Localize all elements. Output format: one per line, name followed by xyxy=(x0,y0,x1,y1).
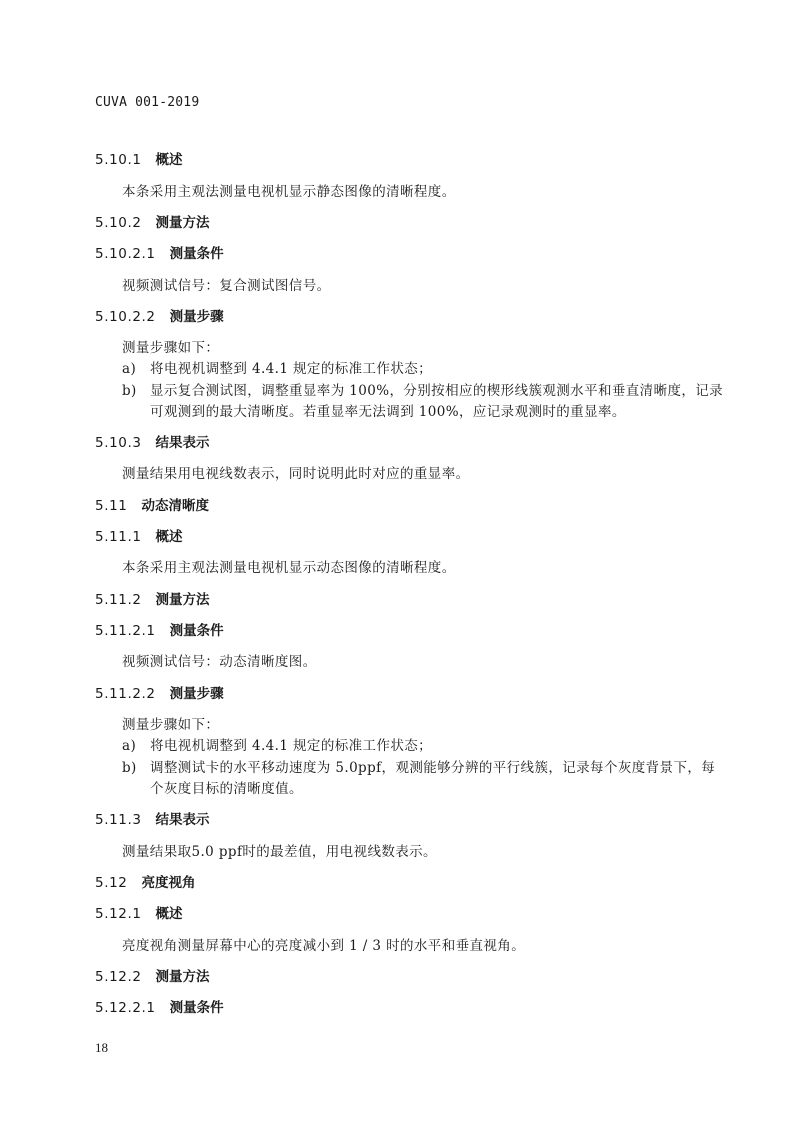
section-title: 测量条件 xyxy=(170,1000,224,1016)
section-number: 5.11 xyxy=(95,498,127,514)
section-title: 亮度视角 xyxy=(141,875,195,891)
list-marker: b) xyxy=(122,383,150,399)
list-marker: b) xyxy=(122,760,150,776)
section-number: 5.11.2.1 xyxy=(95,623,156,639)
list-item: a)将电视机调整到 4.4.1 规定的标准工作状态； xyxy=(122,734,432,754)
list-item: a)将电视机调整到 4.4.1 规定的标准工作状态； xyxy=(122,357,432,377)
section-title: 结果表示 xyxy=(156,435,210,451)
section-heading-5-11-3: 5.11.3结果表示 xyxy=(95,808,210,828)
paragraph: 本条采用主观法测量电视机显示静态图像的清晰程度。 xyxy=(122,180,456,200)
section-heading-5-10-2-1: 5.10.2.1测量条件 xyxy=(95,242,224,262)
section-number: 5.10.2.1 xyxy=(95,246,156,262)
paragraph: 测量步骤如下： xyxy=(122,336,219,356)
list-item-continuation: 可观测到的最大清晰度。若重显率无法调到 100%，应记录观测时的重显率。 xyxy=(150,400,626,420)
section-title: 测量步骤 xyxy=(170,309,224,325)
paragraph: 测量结果用电视线数表示，同时说明此时对应的重显率。 xyxy=(122,462,470,482)
section-number: 5.12.1 xyxy=(95,906,142,922)
section-number: 5.10.3 xyxy=(95,435,142,451)
list-item: b)调整测试卡的水平移动速度为 5.0ppf，观测能够分辨的平行线簇，记录每个灰… xyxy=(122,756,715,776)
section-title: 概述 xyxy=(156,529,183,545)
section-number: 5.10.2.2 xyxy=(95,309,156,325)
page-number: 18 xyxy=(95,1040,108,1056)
section-number: 5.10.2 xyxy=(95,215,142,231)
list-marker: a) xyxy=(122,361,150,377)
section-number: 5.11.2.2 xyxy=(95,686,156,702)
section-title: 测量方法 xyxy=(156,969,210,985)
section-heading-5-12: 5.12亮度视角 xyxy=(95,871,195,891)
section-title: 测量步骤 xyxy=(170,686,224,702)
section-number: 5.12 xyxy=(95,875,127,891)
section-title: 测量方法 xyxy=(156,592,210,608)
section-number: 5.12.2.1 xyxy=(95,1000,156,1016)
document-page: CUVA 001-2019 5.10.1概述 本条采用主观法测量电视机显示静态图… xyxy=(0,0,800,1131)
section-heading-5-11-2-1: 5.11.2.1测量条件 xyxy=(95,619,224,639)
list-marker: a) xyxy=(122,738,150,754)
section-heading-5-11-2: 5.11.2测量方法 xyxy=(95,588,210,608)
section-heading-5-12-2-1: 5.12.2.1测量条件 xyxy=(95,996,224,1016)
section-title: 概述 xyxy=(156,152,183,168)
list-item-text: 将电视机调整到 4.4.1 规定的标准工作状态； xyxy=(150,361,432,377)
section-title: 概述 xyxy=(156,906,183,922)
section-heading-5-10-1: 5.10.1概述 xyxy=(95,148,183,168)
section-heading-5-11: 5.11动态清晰度 xyxy=(95,494,209,514)
list-item-continuation: 个灰度目标的清晰度值。 xyxy=(150,777,303,797)
list-item-text: 显示复合测试图，调整重显率为 100%，分别按相应的楔形线簇观测水平和垂直清晰度… xyxy=(150,383,723,399)
section-number: 5.12.2 xyxy=(95,969,142,985)
section-title: 测量条件 xyxy=(170,623,224,639)
section-heading-5-10-2: 5.10.2测量方法 xyxy=(95,211,210,231)
paragraph: 视频测试信号：复合测试图信号。 xyxy=(122,274,331,294)
paragraph: 测量步骤如下： xyxy=(122,713,219,733)
section-heading-5-12-1: 5.12.1概述 xyxy=(95,902,183,922)
section-title: 结果表示 xyxy=(156,812,210,828)
document-id-header: CUVA 001-2019 xyxy=(95,95,199,110)
section-title: 测量方法 xyxy=(156,215,210,231)
list-item: b)显示复合测试图，调整重显率为 100%，分别按相应的楔形线簇观测水平和垂直清… xyxy=(122,379,723,399)
paragraph: 测量结果取5.0 ppf时的最差值，用电视线数表示。 xyxy=(122,840,437,860)
section-number: 5.11.3 xyxy=(95,812,142,828)
section-number: 5.11.2 xyxy=(95,592,142,608)
section-heading-5-10-2-2: 5.10.2.2测量步骤 xyxy=(95,305,224,325)
section-heading-5-11-2-2: 5.11.2.2测量步骤 xyxy=(95,682,224,702)
section-heading-5-11-1: 5.11.1概述 xyxy=(95,525,183,545)
section-heading-5-10-3: 5.10.3结果表示 xyxy=(95,431,210,451)
paragraph: 本条采用主观法测量电视机显示动态图像的清晰程度。 xyxy=(122,556,456,576)
section-number: 5.11.1 xyxy=(95,529,142,545)
list-item-text: 将电视机调整到 4.4.1 规定的标准工作状态； xyxy=(150,738,432,754)
section-title: 动态清晰度 xyxy=(141,498,209,514)
paragraph: 视频测试信号：动态清晰度图。 xyxy=(122,650,317,670)
paragraph: 亮度视角测量屏幕中心的亮度减小到 1 / 3 时的水平和垂直视角。 xyxy=(122,934,525,954)
section-heading-5-12-2: 5.12.2测量方法 xyxy=(95,965,210,985)
section-number: 5.10.1 xyxy=(95,152,142,168)
section-title: 测量条件 xyxy=(170,246,224,262)
list-item-text: 调整测试卡的水平移动速度为 5.0ppf，观测能够分辨的平行线簇，记录每个灰度背… xyxy=(150,760,715,776)
